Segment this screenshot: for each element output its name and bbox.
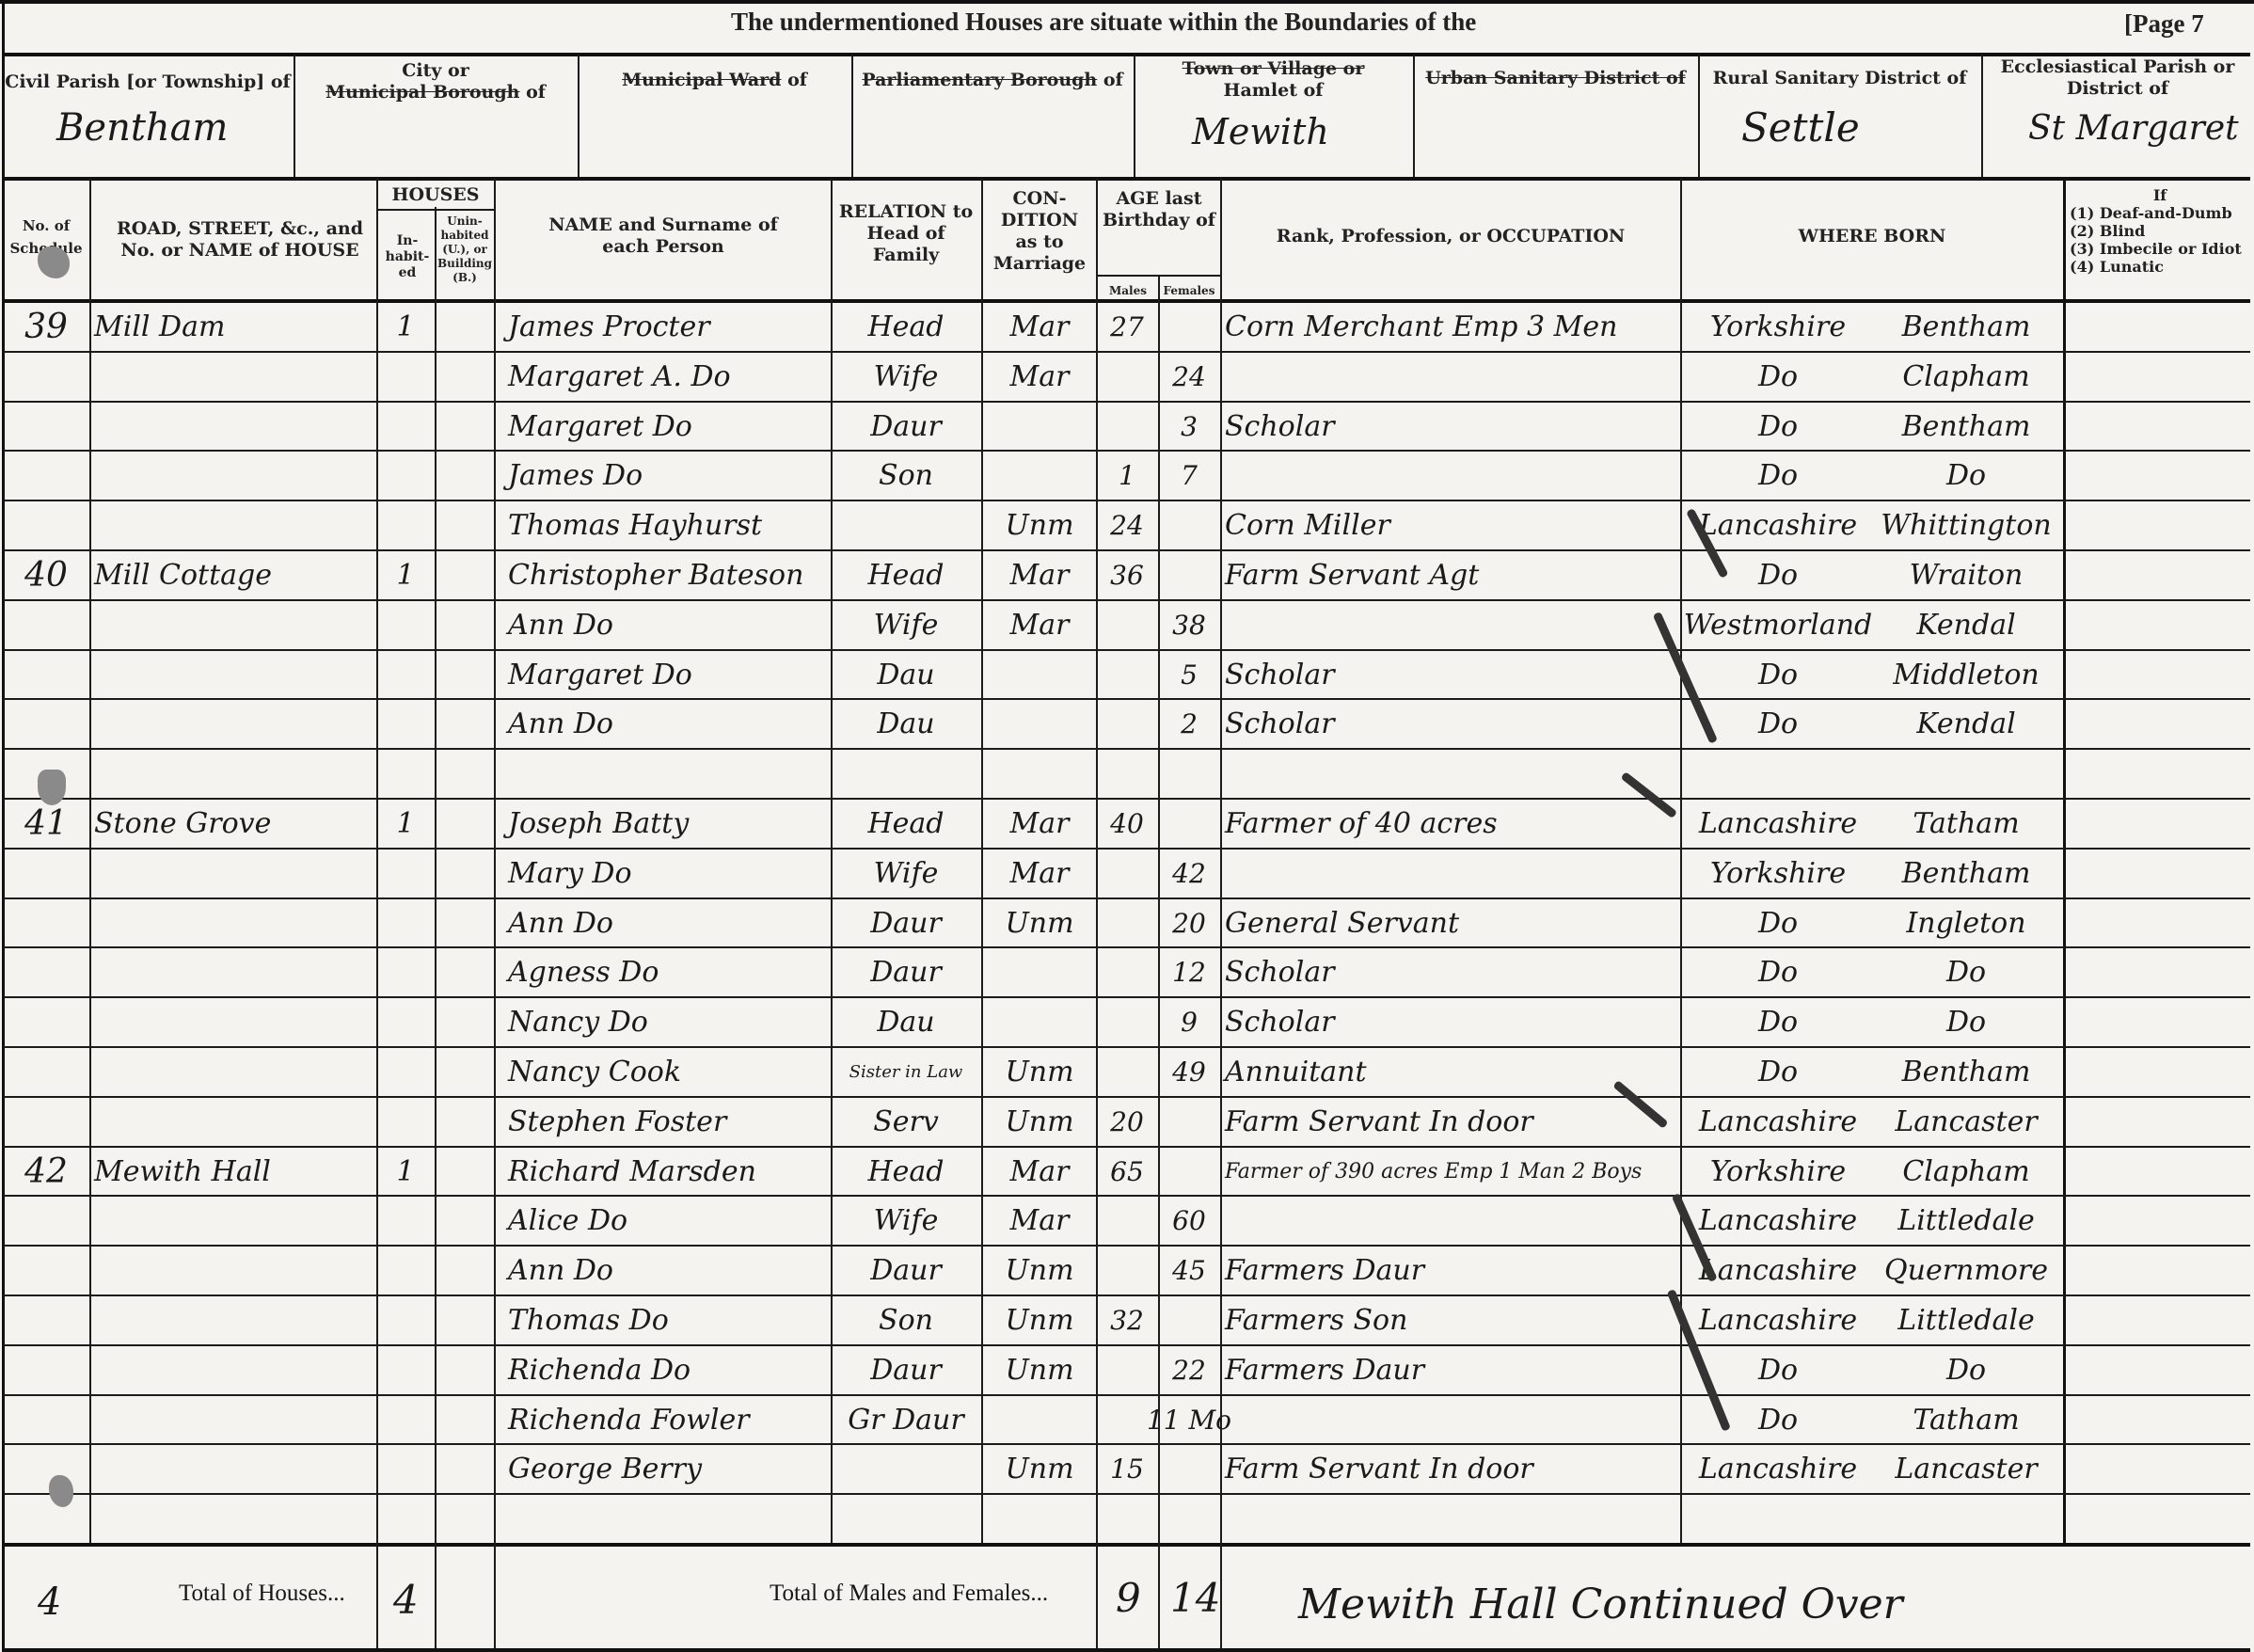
- table-row: Thomas HayhurstUnm24Corn MillerLancashir…: [0, 500, 2254, 549]
- house-name: [94, 1398, 373, 1442]
- occupation: [1225, 1199, 1678, 1243]
- occupation: [1225, 603, 1678, 647]
- male-age: [1098, 851, 1156, 896]
- schedule-number: [6, 950, 87, 994]
- born-county: Lancashire: [1684, 1199, 1872, 1243]
- male-age: 20: [1098, 1100, 1156, 1144]
- born-county: [1684, 752, 1872, 796]
- house-name: [94, 702, 373, 746]
- table-row: Mary DoWifeMar42YorkshireBentham: [0, 848, 2254, 897]
- house-name: [94, 603, 373, 647]
- col-header-occupation: Rank, Profession, or OCCUPATION: [1223, 226, 1678, 247]
- born-place: Kendal: [1872, 603, 2060, 647]
- born-place: Kendal: [1872, 702, 2060, 746]
- person-name: Ann Do: [508, 1248, 828, 1293]
- male-age: 32: [1098, 1298, 1156, 1342]
- born-county: Do: [1684, 950, 1872, 994]
- inhabited-count: [378, 653, 433, 697]
- house-name: Mill Cottage: [94, 553, 373, 597]
- infirmity-if-label: If: [2070, 186, 2250, 204]
- table-row: 40Mill Cottage1Christopher BatesonHeadMa…: [0, 549, 2254, 599]
- house-name: [94, 1199, 373, 1243]
- person-name: Richenda Fowler: [508, 1398, 828, 1442]
- marital-condition: Mar: [984, 305, 1095, 349]
- person-name: Thomas Do: [508, 1298, 828, 1342]
- inhabited-count: [378, 603, 433, 647]
- marital-condition: [984, 653, 1095, 697]
- col-header-males: Males: [1099, 280, 1157, 302]
- occupation: [1225, 355, 1678, 399]
- relation-to-head: Son: [833, 453, 978, 498]
- born-county: Yorkshire: [1684, 851, 1872, 896]
- person-name: Margaret Do: [508, 653, 828, 697]
- occupation: Farmer of 40 acres: [1225, 802, 1678, 846]
- relation-to-head: Daur: [833, 405, 978, 449]
- person-name: Agness Do: [508, 950, 828, 994]
- relation-to-head: Head: [833, 1150, 978, 1194]
- municipal-ward-label: Municipal Ward: [622, 70, 781, 90]
- house-name: [94, 851, 373, 896]
- male-age: [1098, 752, 1156, 796]
- female-age: 11 Mo: [1160, 1398, 1218, 1442]
- male-age: [1098, 653, 1156, 697]
- female-age: [1160, 752, 1218, 796]
- relation-to-head: [833, 503, 978, 548]
- male-age: [1098, 603, 1156, 647]
- occupation: [1225, 453, 1678, 498]
- inhabited-count: [378, 1348, 433, 1392]
- table-row: James DoSon17DoDo: [0, 450, 2254, 500]
- civil-parish-value: Bentham: [56, 106, 292, 150]
- occupation: Farmers Daur: [1225, 1348, 1678, 1392]
- born-county: Do: [1684, 355, 1872, 399]
- ecclesiastical-label: Ecclesiastical Parish or District of: [1983, 56, 2252, 100]
- person-name: Nancy Do: [508, 1000, 828, 1044]
- schedule-number: [6, 503, 87, 548]
- female-age: 5: [1160, 653, 1218, 697]
- person-name: Christopher Bateson: [508, 553, 828, 597]
- born-county: Do: [1684, 653, 1872, 697]
- schedule-number: [6, 1050, 87, 1094]
- relation-to-head: Daur: [833, 1348, 978, 1392]
- male-age: 65: [1098, 1150, 1156, 1194]
- relation-to-head: Dau: [833, 702, 978, 746]
- col-header-uninhabited: Unin-habited (U.), or Building (B.): [437, 214, 493, 285]
- table-row: [0, 748, 2254, 798]
- female-age: [1160, 553, 1218, 597]
- occupation: Annuitant: [1225, 1050, 1678, 1094]
- hamlet-label: Hamlet of: [1135, 80, 1411, 102]
- rural-sanitary-value: Settle: [1741, 104, 1979, 151]
- relation-to-head: Son: [833, 1298, 978, 1342]
- male-age: [1098, 1000, 1156, 1044]
- born-county: Lancashire: [1684, 1447, 1872, 1491]
- house-name: [94, 1348, 373, 1392]
- table-row: Alice DoWifeMar60LancashireLittledale: [0, 1195, 2254, 1245]
- female-age: 9: [1160, 1000, 1218, 1044]
- hamlet-value: Mewith: [1192, 111, 1411, 152]
- person-name: George Berry: [508, 1447, 828, 1491]
- col-header-name: NAME and Surname of each Person: [527, 214, 800, 258]
- marital-condition: [984, 702, 1095, 746]
- house-name: [94, 950, 373, 994]
- ecclesiastical-value: St Margaret: [2028, 109, 2252, 148]
- born-place: Whittington: [1872, 503, 2060, 548]
- inhabited-count: 1: [378, 1150, 433, 1194]
- house-name: [94, 355, 373, 399]
- boundary-rural-sanitary: Rural Sanitary District of Settle: [1700, 56, 1979, 175]
- occupation: General Servant: [1225, 901, 1678, 945]
- born-place: Quernmore: [1872, 1248, 2060, 1293]
- table-row: Ann DoDau2ScholarDoKendal: [0, 698, 2254, 748]
- inhabited-count: [378, 1199, 433, 1243]
- inhabited-count: [378, 1398, 433, 1442]
- male-age: [1098, 1050, 1156, 1094]
- born-county: Do: [1684, 1050, 1872, 1094]
- infirmity-option-3: (3) Imbecile or Idiot: [2070, 240, 2250, 258]
- house-name: [94, 1248, 373, 1293]
- relation-to-head: Dau: [833, 653, 978, 697]
- total-persons-label: Total of Males and Females...: [770, 1581, 1048, 1607]
- marital-condition: Unm: [984, 1248, 1095, 1293]
- born-place: Bentham: [1872, 851, 2060, 896]
- inhabited-count: 1: [378, 802, 433, 846]
- relation-to-head: Daur: [833, 1248, 978, 1293]
- table-row: Nancy DoDau9ScholarDoDo: [0, 996, 2254, 1046]
- born-place: Tatham: [1872, 802, 2060, 846]
- marital-condition: Unm: [984, 1298, 1095, 1342]
- schedule-number: [6, 1000, 87, 1044]
- marital-condition: [984, 405, 1095, 449]
- female-age: 7: [1160, 453, 1218, 498]
- born-county: Westmorland: [1684, 603, 1872, 647]
- table-row: Margaret DoDau5ScholarDoMiddleton: [0, 649, 2254, 699]
- table-row: Richenda DoDaurUnm22Farmers DaurDoDo: [0, 1344, 2254, 1394]
- born-place: Bentham: [1872, 305, 2060, 349]
- table-row: 41Stone Grove1Joseph BattyHeadMar40Farme…: [0, 798, 2254, 848]
- inhabited-count: [378, 1100, 433, 1144]
- city-label: City or: [295, 60, 576, 82]
- relation-to-head: Dau: [833, 1000, 978, 1044]
- born-place: Tatham: [1872, 1398, 2060, 1442]
- table-row: [0, 1493, 2254, 1543]
- female-age: 20: [1160, 901, 1218, 945]
- person-name: Joseph Batty: [508, 802, 828, 846]
- boundary-urban-sanitary: Urban Sanitary District of: [1415, 56, 1696, 175]
- table-row: Stephen FosterServUnm20Farm Servant In d…: [0, 1096, 2254, 1146]
- female-age: [1160, 503, 1218, 548]
- relation-to-head: [833, 1447, 978, 1491]
- schedule-number: [6, 355, 87, 399]
- boundary-hamlet: Town or Village or Hamlet of Mewith: [1135, 56, 1411, 175]
- col-header-age: AGE last Birthday of: [1101, 188, 1217, 231]
- person-name: Ann Do: [508, 603, 828, 647]
- relation-to-head: [833, 1497, 978, 1541]
- inhabited-count: [378, 1000, 433, 1044]
- table-row: George BerryUnm15Farm Servant In doorLan…: [0, 1443, 2254, 1493]
- born-county: Yorkshire: [1684, 1150, 1872, 1194]
- relation-to-head: Gr Daur: [833, 1398, 978, 1442]
- occupation: Corn Merchant Emp 3 Men: [1225, 305, 1678, 349]
- schedule-number: [6, 453, 87, 498]
- person-name: Margaret A. Do: [508, 355, 828, 399]
- person-name: James Procter: [508, 305, 828, 349]
- marital-condition: [984, 1497, 1095, 1541]
- parliamentary-borough-label: Parliamentary Borough: [862, 70, 1097, 90]
- relation-to-head: Daur: [833, 950, 978, 994]
- total-schedules: 4: [38, 1581, 61, 1624]
- born-place: Bentham: [1872, 1050, 2060, 1094]
- infirmity-option-1: (1) Deaf-and-Dumb: [2070, 204, 2250, 222]
- boundary-municipal-ward: Municipal Ward of: [579, 56, 849, 175]
- female-age: 42: [1160, 851, 1218, 896]
- schedule-number: [6, 653, 87, 697]
- inhabited-count: [378, 1248, 433, 1293]
- inhabited-count: [378, 1298, 433, 1342]
- person-name: Thomas Hayhurst: [508, 503, 828, 548]
- male-age: [1098, 405, 1156, 449]
- of-label: of: [781, 70, 806, 90]
- occupation: Scholar: [1225, 950, 1678, 994]
- schedule-number: [6, 405, 87, 449]
- infirmity-option-4: (4) Lunatic: [2070, 258, 2250, 276]
- relation-to-head: Head: [833, 802, 978, 846]
- schedule-number: 41: [6, 802, 87, 846]
- relation-to-head: Head: [833, 553, 978, 597]
- female-age: 2: [1160, 702, 1218, 746]
- schedule-number: [6, 1100, 87, 1144]
- schedule-number: [6, 603, 87, 647]
- male-age: 24: [1098, 503, 1156, 548]
- house-name: [94, 453, 373, 498]
- total-females: 14: [1170, 1575, 1220, 1621]
- born-place: Do: [1872, 453, 2060, 498]
- house-name: [94, 1000, 373, 1044]
- schedule-number: [6, 1447, 87, 1491]
- town-village-label: Town or Village or: [1135, 58, 1411, 80]
- person-name: Ann Do: [508, 702, 828, 746]
- born-place: Lancaster: [1872, 1447, 2060, 1491]
- marital-condition: Mar: [984, 603, 1095, 647]
- born-place: Clapham: [1872, 355, 2060, 399]
- marital-condition: Mar: [984, 553, 1095, 597]
- inhabited-count: [378, 752, 433, 796]
- born-place: Do: [1872, 1000, 2060, 1044]
- female-age: 38: [1160, 603, 1218, 647]
- marital-condition: Unm: [984, 1447, 1095, 1491]
- house-name: [94, 1447, 373, 1491]
- house-name: Mewith Hall: [94, 1150, 373, 1194]
- marital-condition: Unm: [984, 1348, 1095, 1392]
- female-age: 45: [1160, 1248, 1218, 1293]
- female-age: 12: [1160, 950, 1218, 994]
- infirmity-option-2: (2) Blind: [2070, 222, 2250, 240]
- female-age: [1160, 305, 1218, 349]
- house-name: Mill Dam: [94, 305, 373, 349]
- house-name: [94, 503, 373, 548]
- occupation: Scholar: [1225, 702, 1678, 746]
- schedule-number: [6, 1298, 87, 1342]
- male-age: 1: [1098, 453, 1156, 498]
- boundary-civil-parish: Civil Parish [or Township] of Bentham: [4, 56, 292, 175]
- born-place: Bentham: [1872, 405, 2060, 449]
- marital-condition: Mar: [984, 851, 1095, 896]
- born-place: Do: [1872, 950, 2060, 994]
- schedule-number: [6, 1398, 87, 1442]
- born-county: Do: [1684, 1000, 1872, 1044]
- relation-to-head: Daur: [833, 901, 978, 945]
- col-header-relation: RELATION to Head of Family: [832, 201, 980, 266]
- occupation: Farm Servant Agt: [1225, 553, 1678, 597]
- born-county: Lancashire: [1684, 1298, 1872, 1342]
- col-header-road: ROAD, STREET, &c., and No. or NAME of HO…: [113, 218, 367, 262]
- schedule-number: [6, 1348, 87, 1392]
- female-age: [1160, 1298, 1218, 1342]
- house-name: [94, 1298, 373, 1342]
- female-age: 60: [1160, 1199, 1218, 1243]
- female-age: 22: [1160, 1348, 1218, 1392]
- inhabited-count: [378, 1497, 433, 1541]
- inhabited-count: [378, 503, 433, 548]
- house-name: Stone Grove: [94, 802, 373, 846]
- female-age: 3: [1160, 405, 1218, 449]
- total-houses-label: Total of Houses...: [179, 1581, 345, 1607]
- born-place: [1872, 752, 2060, 796]
- total-houses-value: 4: [393, 1577, 419, 1623]
- marital-condition: [984, 950, 1095, 994]
- house-name: [94, 1050, 373, 1094]
- marital-condition: Unm: [984, 1050, 1095, 1094]
- marital-condition: [984, 752, 1095, 796]
- born-county: Do: [1684, 453, 1872, 498]
- col-header-females: Females: [1160, 280, 1218, 302]
- person-name: Richenda Do: [508, 1348, 828, 1392]
- total-males: 9: [1116, 1575, 1141, 1621]
- schedule-number: [6, 901, 87, 945]
- marital-condition: Mar: [984, 1199, 1095, 1243]
- table-row: Margaret A. DoWifeMar24DoClapham: [0, 351, 2254, 401]
- table-row: 42Mewith Hall1Richard MarsdenHeadMar65Fa…: [0, 1146, 2254, 1196]
- born-place: Wraiton: [1872, 553, 2060, 597]
- male-age: [1098, 901, 1156, 945]
- civil-parish-label: Civil Parish [or Township] of: [4, 71, 292, 93]
- inhabited-count: [378, 453, 433, 498]
- occupation: Farm Servant In door: [1225, 1100, 1678, 1144]
- born-county: Do: [1684, 405, 1872, 449]
- marital-condition: [984, 1000, 1095, 1044]
- inhabited-count: 1: [378, 305, 433, 349]
- female-age: [1160, 1150, 1218, 1194]
- male-age: [1098, 1248, 1156, 1293]
- inhabited-count: [378, 851, 433, 896]
- schedule-number: 39: [6, 305, 87, 349]
- male-age: 40: [1098, 802, 1156, 846]
- col-header-inhabited: In-habit-ed: [384, 233, 431, 281]
- female-age: 24: [1160, 355, 1218, 399]
- born-place: Clapham: [1872, 1150, 2060, 1194]
- occupation: [1225, 1497, 1678, 1541]
- male-age: [1098, 702, 1156, 746]
- marital-condition: [984, 453, 1095, 498]
- female-age: [1160, 1497, 1218, 1541]
- paper-damage-mark: [38, 246, 70, 278]
- relation-to-head: Head: [833, 305, 978, 349]
- relation-to-head: Wife: [833, 851, 978, 896]
- boundary-parliamentary-borough: Parliamentary Borough of: [853, 56, 1132, 175]
- born-place: Littledale: [1872, 1298, 2060, 1342]
- born-county: Yorkshire: [1684, 305, 1872, 349]
- born-county: Lancashire: [1684, 1100, 1872, 1144]
- relation-to-head: Wife: [833, 1199, 978, 1243]
- person-name: James Do: [508, 453, 828, 498]
- boundary-ecclesiastical: Ecclesiastical Parish or District of St …: [1983, 56, 2252, 175]
- marital-condition: [984, 1398, 1095, 1442]
- relation-to-head: Sister in Law: [833, 1050, 978, 1094]
- relation-to-head: Wife: [833, 355, 978, 399]
- marital-condition: Unm: [984, 1100, 1095, 1144]
- schedule-number: [6, 702, 87, 746]
- male-age: 27: [1098, 305, 1156, 349]
- occupation: Farmers Son: [1225, 1298, 1678, 1342]
- schedule-number: 42: [6, 1150, 87, 1194]
- col-header-condition: CON-DITION as to Marriage: [988, 188, 1091, 275]
- occupation: [1225, 752, 1678, 796]
- female-age: [1160, 1100, 1218, 1144]
- paper-damage-mark: [38, 770, 66, 805]
- house-name: [94, 1100, 373, 1144]
- col-header-houses: HOUSES: [378, 184, 493, 206]
- inhabited-count: [378, 1447, 433, 1491]
- person-name: Margaret Do: [508, 405, 828, 449]
- table-row: Ann DoWifeMar38WestmorlandKendal: [0, 599, 2254, 649]
- schedule-number: [6, 1248, 87, 1293]
- occupation: Scholar: [1225, 1000, 1678, 1044]
- inhabited-count: [378, 1050, 433, 1094]
- inhabited-count: 1: [378, 553, 433, 597]
- continuation-note: Mewith Hall Continued Over: [1298, 1581, 1903, 1628]
- house-name: [94, 405, 373, 449]
- house-name: [94, 901, 373, 945]
- occupation: Corn Miller: [1225, 503, 1678, 548]
- person-name: Richard Marsden: [508, 1150, 828, 1194]
- table-row: Ann DoDaurUnm45Farmers DaurLancashireQue…: [0, 1245, 2254, 1295]
- schedule-number: [6, 1497, 87, 1541]
- occupation: Farmers Daur: [1225, 1248, 1678, 1293]
- born-county: Lancashire: [1684, 802, 1872, 846]
- schedule-number: [6, 851, 87, 896]
- occupation: Farm Servant In door: [1225, 1447, 1678, 1491]
- marital-condition: Mar: [984, 355, 1095, 399]
- table-row: Thomas DoSonUnm32Farmers SonLancashireLi…: [0, 1295, 2254, 1344]
- relation-to-head: Wife: [833, 603, 978, 647]
- table-row: Ann DoDaurUnm20General ServantDoIngleton: [0, 897, 2254, 947]
- person-name: Stephen Foster: [508, 1100, 828, 1144]
- person-name: Ann Do: [508, 901, 828, 945]
- male-age: [1098, 950, 1156, 994]
- house-name: [94, 653, 373, 697]
- male-age: [1098, 1497, 1156, 1541]
- born-place: [1872, 1497, 2060, 1541]
- born-place: Ingleton: [1872, 901, 2060, 945]
- marital-condition: Unm: [984, 901, 1095, 945]
- inhabited-count: [378, 355, 433, 399]
- col-header-infirmity: If (1) Deaf-and-Dumb (2) Blind (3) Imbec…: [2070, 186, 2250, 276]
- female-age: [1160, 1447, 1218, 1491]
- male-age: [1098, 355, 1156, 399]
- male-age: [1098, 1199, 1156, 1243]
- inhabited-count: [378, 950, 433, 994]
- house-name: [94, 1497, 373, 1541]
